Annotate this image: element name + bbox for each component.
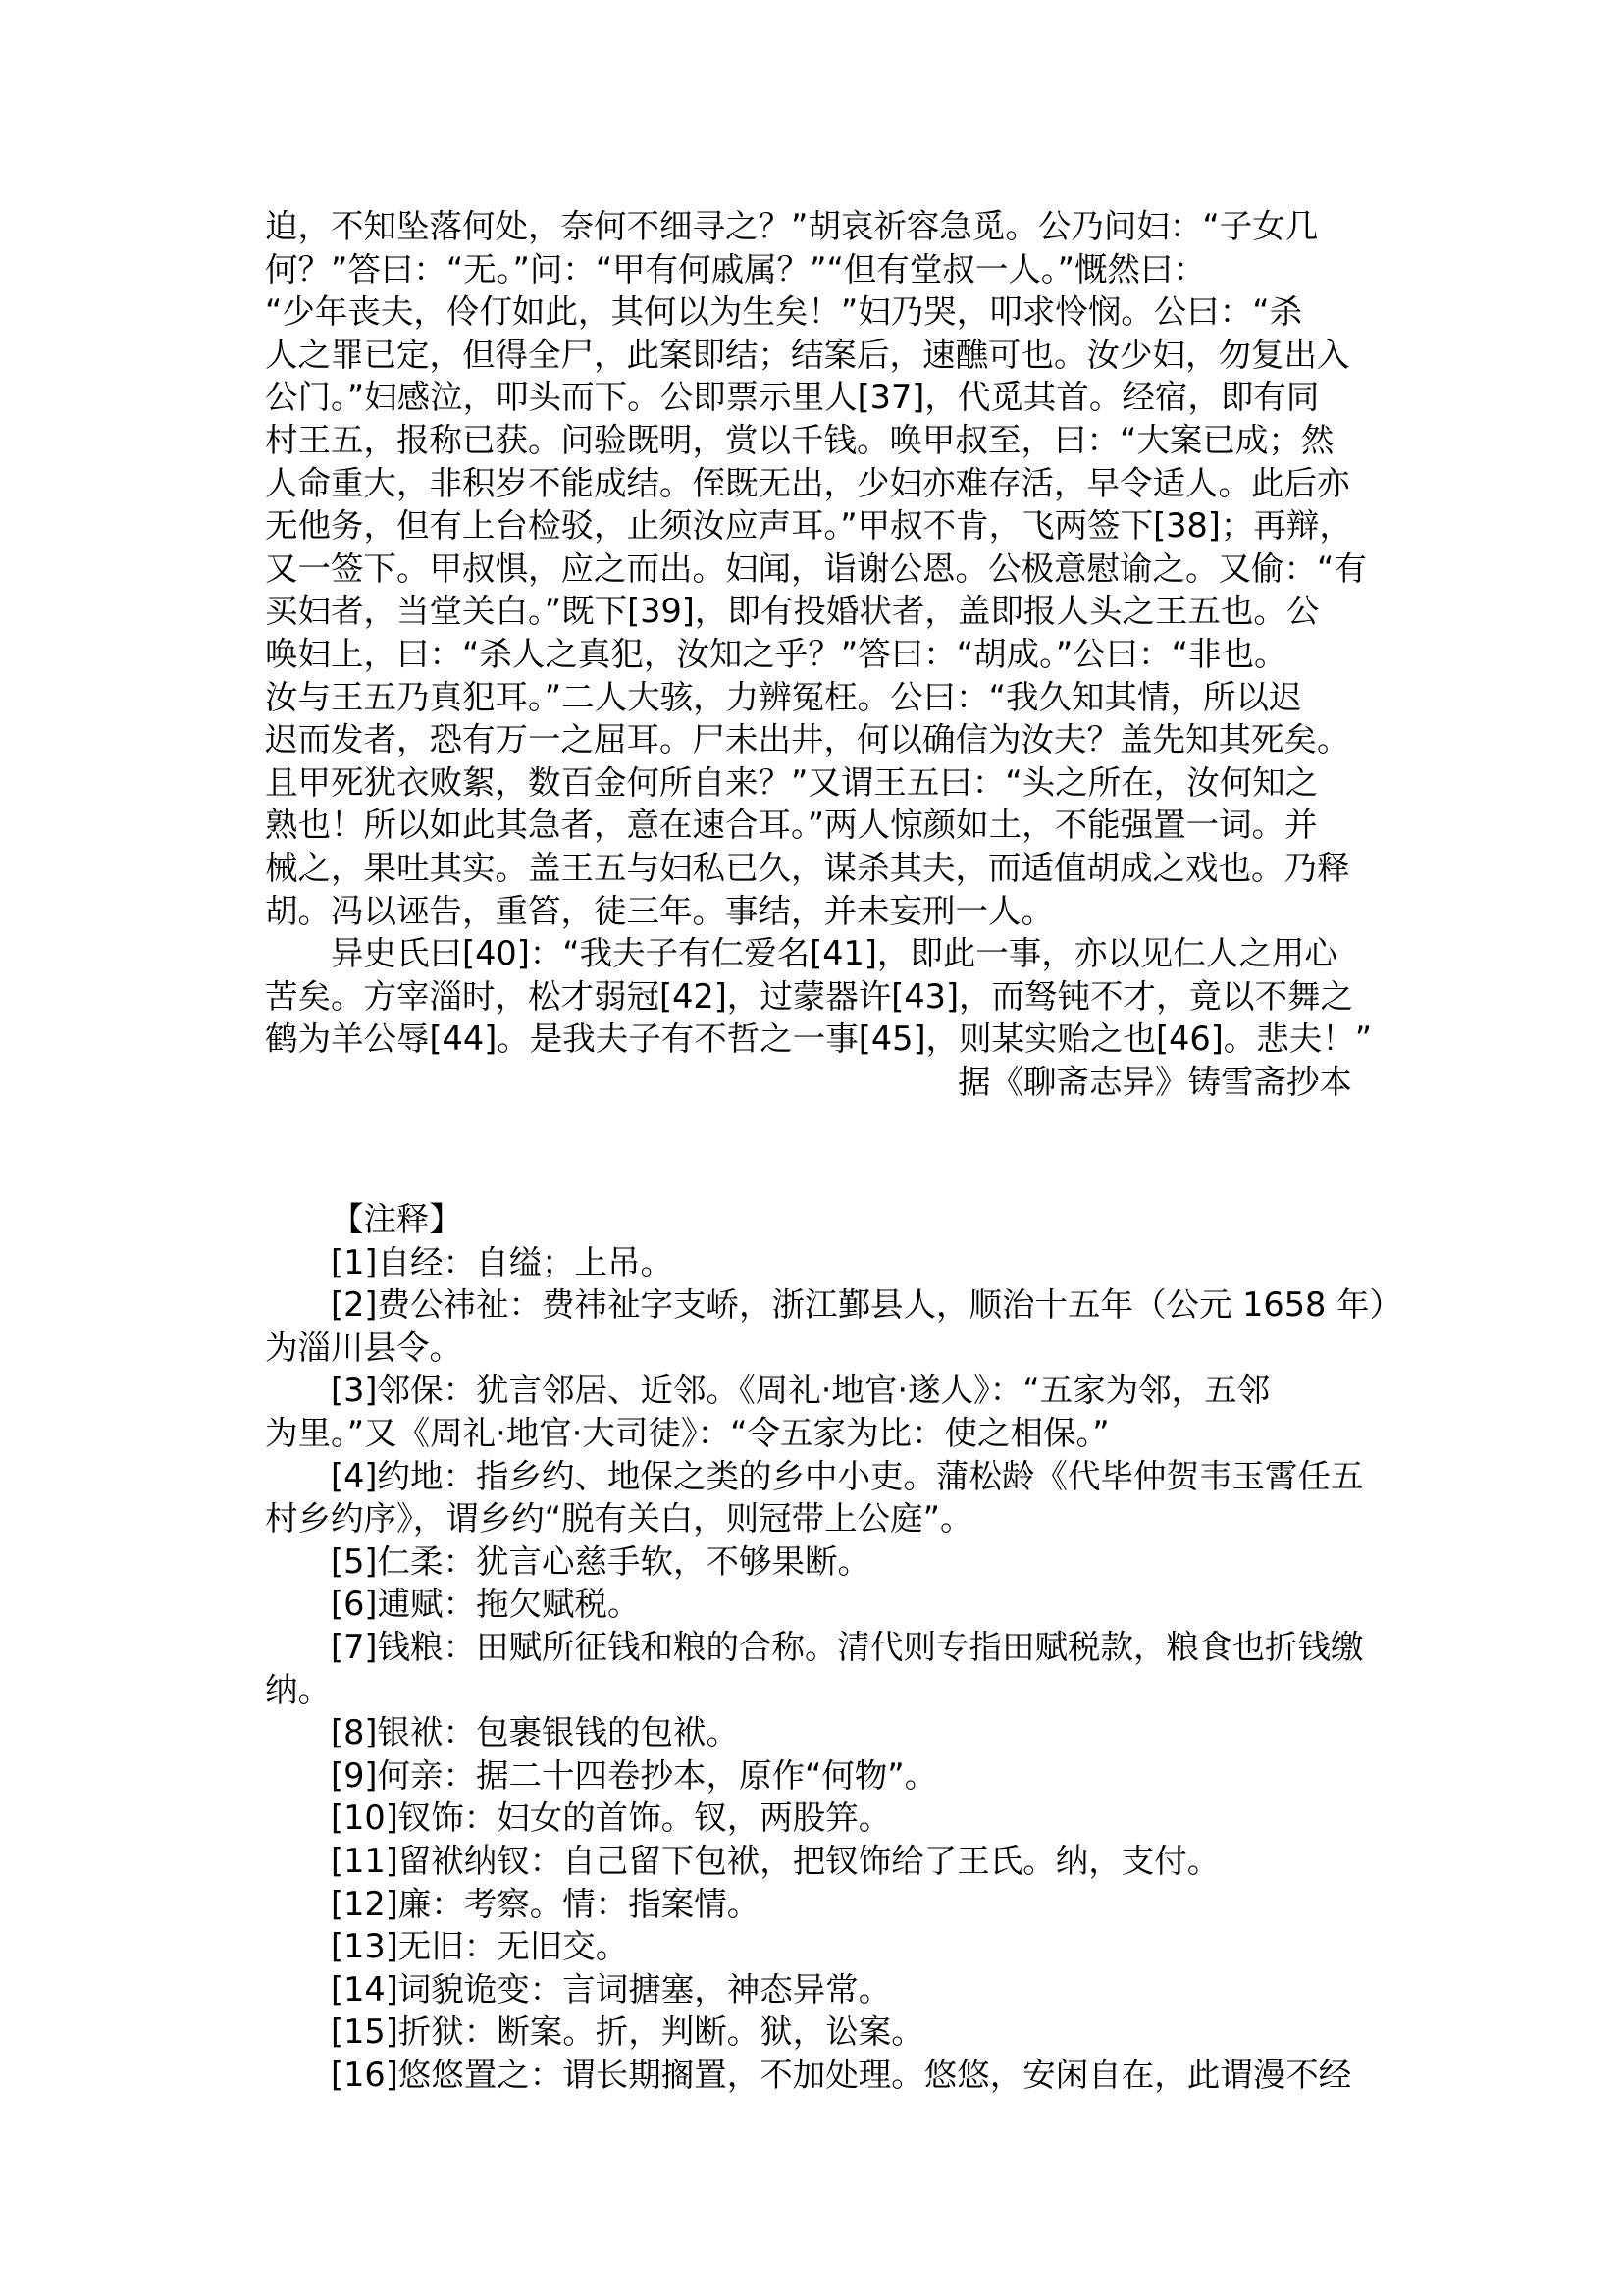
text-line: 迟而发者，恐有万一之屈耳。尸未出井，何以确信为汝夫？盖先知其死矣。 xyxy=(265,718,1352,761)
text-line: 苦矣。方宰淄时，松才弱冠[42]，过蒙器许[43]，而驽钝不才，竟以不舞之 xyxy=(265,975,1352,1018)
text-line: [4]约地：指乡约、地保之类的乡中小吏。蒲松龄《代毕仲贺韦玉霄任五 xyxy=(265,1455,1352,1498)
text-line: 何？”答曰：“无。”问：“甲有何戚属？”“但有堂叔一人。”慨然曰： xyxy=(265,248,1352,291)
text-line: “少年丧夫，伶仃如此，其何以为生矣！”妇乃哭，叩求怜悯。公曰：“杀 xyxy=(265,290,1352,334)
text-line: 为淄川县令。 xyxy=(265,1327,1352,1370)
text-line: [11]留袱纳钗：自己留下包袱，把钗饰给了王氏。纳，支付。 xyxy=(265,1840,1352,1883)
text-line: 为里。”又《周礼·地官·大司徒》：“令五家为比：使之相保。” xyxy=(265,1412,1352,1455)
text-line: 人命重大，非积岁不能成结。侄既无出，少妇亦难存活，早令适人。此后亦 xyxy=(265,462,1352,505)
text-line: 【注释】 xyxy=(265,1198,1352,1241)
text-line: 无他务，但有上台检驳，止须汝应声耳。”甲叔不肯，飞两签下[38]；再辩， xyxy=(265,504,1352,547)
text-line: [12]廉：考察。情：指案情。 xyxy=(265,1883,1352,1926)
annotations-block: 【注释】[1]自经：自缢；上吊。[2]费公祎祉：费祎祉字支峤，浙江鄞县人，顺治十… xyxy=(265,1198,1352,2096)
text-line: [14]词貌诡变：言词搪塞，神态异常。 xyxy=(265,1968,1352,2011)
text-line: 迫，不知坠落何处，奈何不细寻之？”胡哀祈容急觅。公乃问妇：“子女几 xyxy=(265,205,1352,248)
text-line: [5]仁柔：犹言心慈手软，不够果断。 xyxy=(265,1540,1352,1584)
text-line: 村王五，报称已获。问验既明，赏以千钱。唤甲叔至，曰：“大案已成；然 xyxy=(265,419,1352,462)
text-line: 械之，果吐其实。盖王五与妇私已久，谋杀其夫，而适值胡成之戏也。乃释 xyxy=(265,847,1352,890)
text-line: 纳。 xyxy=(265,1669,1352,1712)
text-line: [10]钗饰：妇女的首饰。钗，两股笄。 xyxy=(265,1797,1352,1840)
text-line: [9]何亲：据二十四卷抄本，原作“何物”。 xyxy=(265,1754,1352,1798)
text-line: [2]费公祎祉：费祎祉字支峤，浙江鄞县人，顺治十五年（公元 1658 年） xyxy=(265,1283,1352,1327)
text-line: 胡。冯以诬告，重笞，徒三年。事结，并未妄刑一人。 xyxy=(265,890,1352,933)
text-line: 汝与王五乃真犯耳。”二人大骇，力辨冤枉。公曰：“我久知其情，所以迟 xyxy=(265,676,1352,719)
text-line: 且甲死犹衣败絮，数百金何所自来？”又谓王五曰：“头之所在，汝何知之 xyxy=(265,761,1352,805)
text-line: [13]无旧：无旧交。 xyxy=(265,1925,1352,1968)
text-line: [3]邻保：犹言邻居、近邻。《周礼·地官·遂人》：“五家为邻，五邻 xyxy=(265,1369,1352,1412)
story-text-block: 迫，不知坠落何处，奈何不细寻之？”胡哀祈容急觅。公乃问妇：“子女几何？”答曰：“… xyxy=(265,205,1352,1103)
text-line: 熟也！所以如此其急者，意在速合耳。”两人惊颜如土，不能强置一词。并 xyxy=(265,804,1352,847)
text-line: 异史氏曰[40]：“我夫子有仁爱名[41]，即此一事，亦以见仁人之用心 xyxy=(265,932,1352,975)
text-line: [8]银袱：包裹银钱的包袱。 xyxy=(265,1711,1352,1754)
text-line: 又一签下。甲叔惧，应之而出。妇闻，诣谢公恩。公极意慰谕之。又偷：“有 xyxy=(265,547,1352,591)
text-line: 公门。”妇感泣，叩头而下。公即票示里人[37]，代觅其首。经宿，即有同 xyxy=(265,376,1352,419)
text-line: 买妇者，当堂关白。”既下[39]，即有投婚状者，盖即报人头之王五也。公 xyxy=(265,590,1352,633)
text-line: [7]钱粮：田赋所征钱和粮的合称。清代则专指田赋税款，粮食也折钱缴 xyxy=(265,1626,1352,1669)
text-line: 村乡约序》，谓乡约“脱有关白，则冠带上公庭”。 xyxy=(265,1497,1352,1540)
text-line: 人之罪已定，但得全尸，此案即结；结案后，速醮可也。汝少妇，勿复出入 xyxy=(265,334,1352,377)
text-line: [6]逋赋：拖欠赋税。 xyxy=(265,1583,1352,1626)
text-line: 鹤为羊公辱[44]。是我夫子有不哲之一事[45]，则某实贻之也[46]。悲夫！” xyxy=(265,1017,1352,1061)
text-line: [1]自经：自缢；上吊。 xyxy=(265,1241,1352,1284)
document-page: 迫，不知坠落何处，奈何不细寻之？”胡哀祈容急觅。公乃问妇：“子女几何？”答曰：“… xyxy=(0,0,1624,2294)
text-line: 唤妇上，曰：“杀人之真犯，汝知之乎？”答曰：“胡成。”公曰：“非也。 xyxy=(265,633,1352,676)
text-line: [16]悠悠置之：谓长期搁置，不加处理。悠悠，安闲自在，此谓漫不经 xyxy=(265,2054,1352,2097)
text-line: 据《聊斋志异》铸雪斋抄本 xyxy=(265,1061,1352,1104)
text-line: [15]折狱：断案。折，判断。狱，讼案。 xyxy=(265,2010,1352,2054)
